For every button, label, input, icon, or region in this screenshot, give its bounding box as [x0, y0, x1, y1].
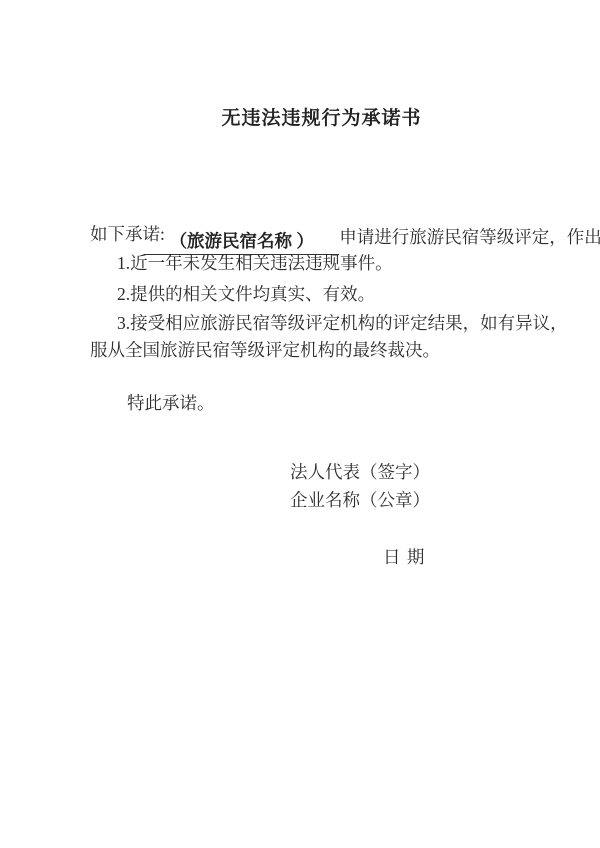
- page-title: 无违法违规行为承诺书: [90, 104, 553, 134]
- commitment-item-2: 2.提供的相关文件均真实、有效。: [90, 279, 580, 309]
- document-page: 无违法违规行为承诺书 （旅游民宿名称 ）申请进行旅游民宿等级评定，作出 如下承诺…: [0, 0, 600, 848]
- signature-legal-representative: 法人代表（签字）: [90, 457, 600, 487]
- commitment-item-3: 3.接受相应旅游民宿等级评定机构的评定结果，如有异议，: [90, 308, 580, 338]
- closing-statement: 特此承诺。: [90, 388, 590, 418]
- commitment-item-3-continuation: 服从全国旅游民宿等级评定机构的最终裁决。: [90, 335, 553, 365]
- commitment-item-1: 1.近一年未发生相关违法违规事件。: [90, 248, 580, 278]
- intro-line-1: （旅游民宿名称 ）申请进行旅游民宿等级评定，作出: [90, 192, 581, 222]
- intro-line-2: 如下承诺:: [90, 219, 553, 249]
- document-content: 无违法违规行为承诺书 （旅游民宿名称 ）申请进行旅游民宿等级评定，作出 如下承诺…: [90, 0, 553, 848]
- signature-company-name: 企业名称（公章）: [90, 485, 600, 515]
- signature-date-label: 日 期: [90, 542, 600, 572]
